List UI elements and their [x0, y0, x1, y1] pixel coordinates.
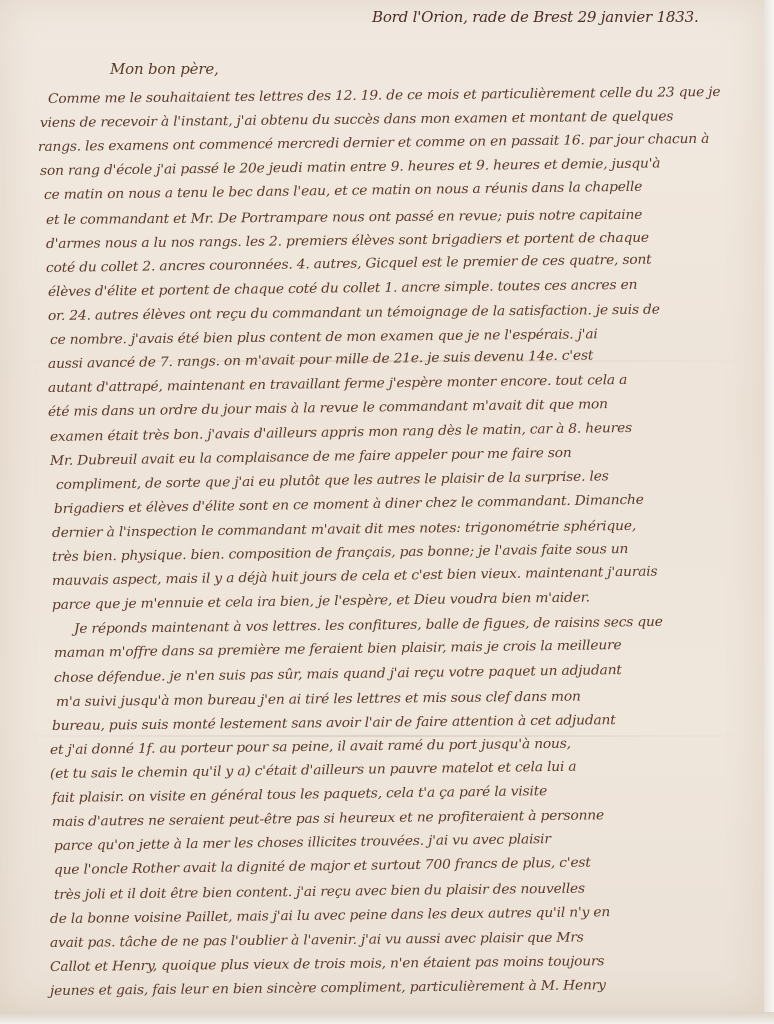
scan-right-margin — [764, 0, 774, 1024]
scan-bottom-margin — [0, 1012, 774, 1024]
paper-fold-crease — [0, 735, 764, 737]
letter-header-date: Bord l'Orion, rade de Brest 29 janvier 1… — [372, 8, 699, 26]
letter-salutation: Mon bon père, — [110, 60, 219, 78]
